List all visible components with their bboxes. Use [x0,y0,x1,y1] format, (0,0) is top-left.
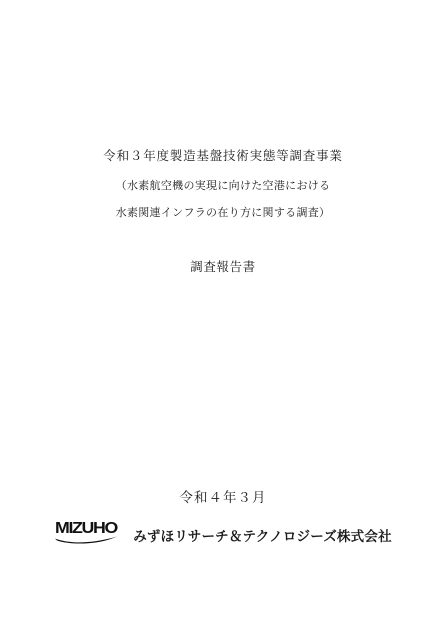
publication-date: 令和４年３月 [0,486,446,506]
report-type-label: 調査報告書 [0,257,446,275]
mizuho-logo-icon: MIZUHO [54,518,120,549]
report-subtitle-line2: 水素関連インフラの在り方に関する調査） [0,204,446,220]
publisher-row: MIZUHO みずほリサーチ＆テクノロジーズ株式会社 [0,518,446,549]
mizuho-wordmark: MIZUHO [55,520,118,537]
report-cover-page: 令和３年度製造基盤技術実態等調査事業 （水素航空機の実現に向けた空港における 水… [0,0,446,630]
report-title: 令和３年度製造基盤技術実態等調査事業 [0,146,446,164]
mizuho-swoosh [55,537,117,544]
company-name: みずほリサーチ＆テクノロジーズ株式会社 [133,523,392,545]
report-subtitle-line1: （水素航空機の実現に向けた空港における [0,177,446,193]
